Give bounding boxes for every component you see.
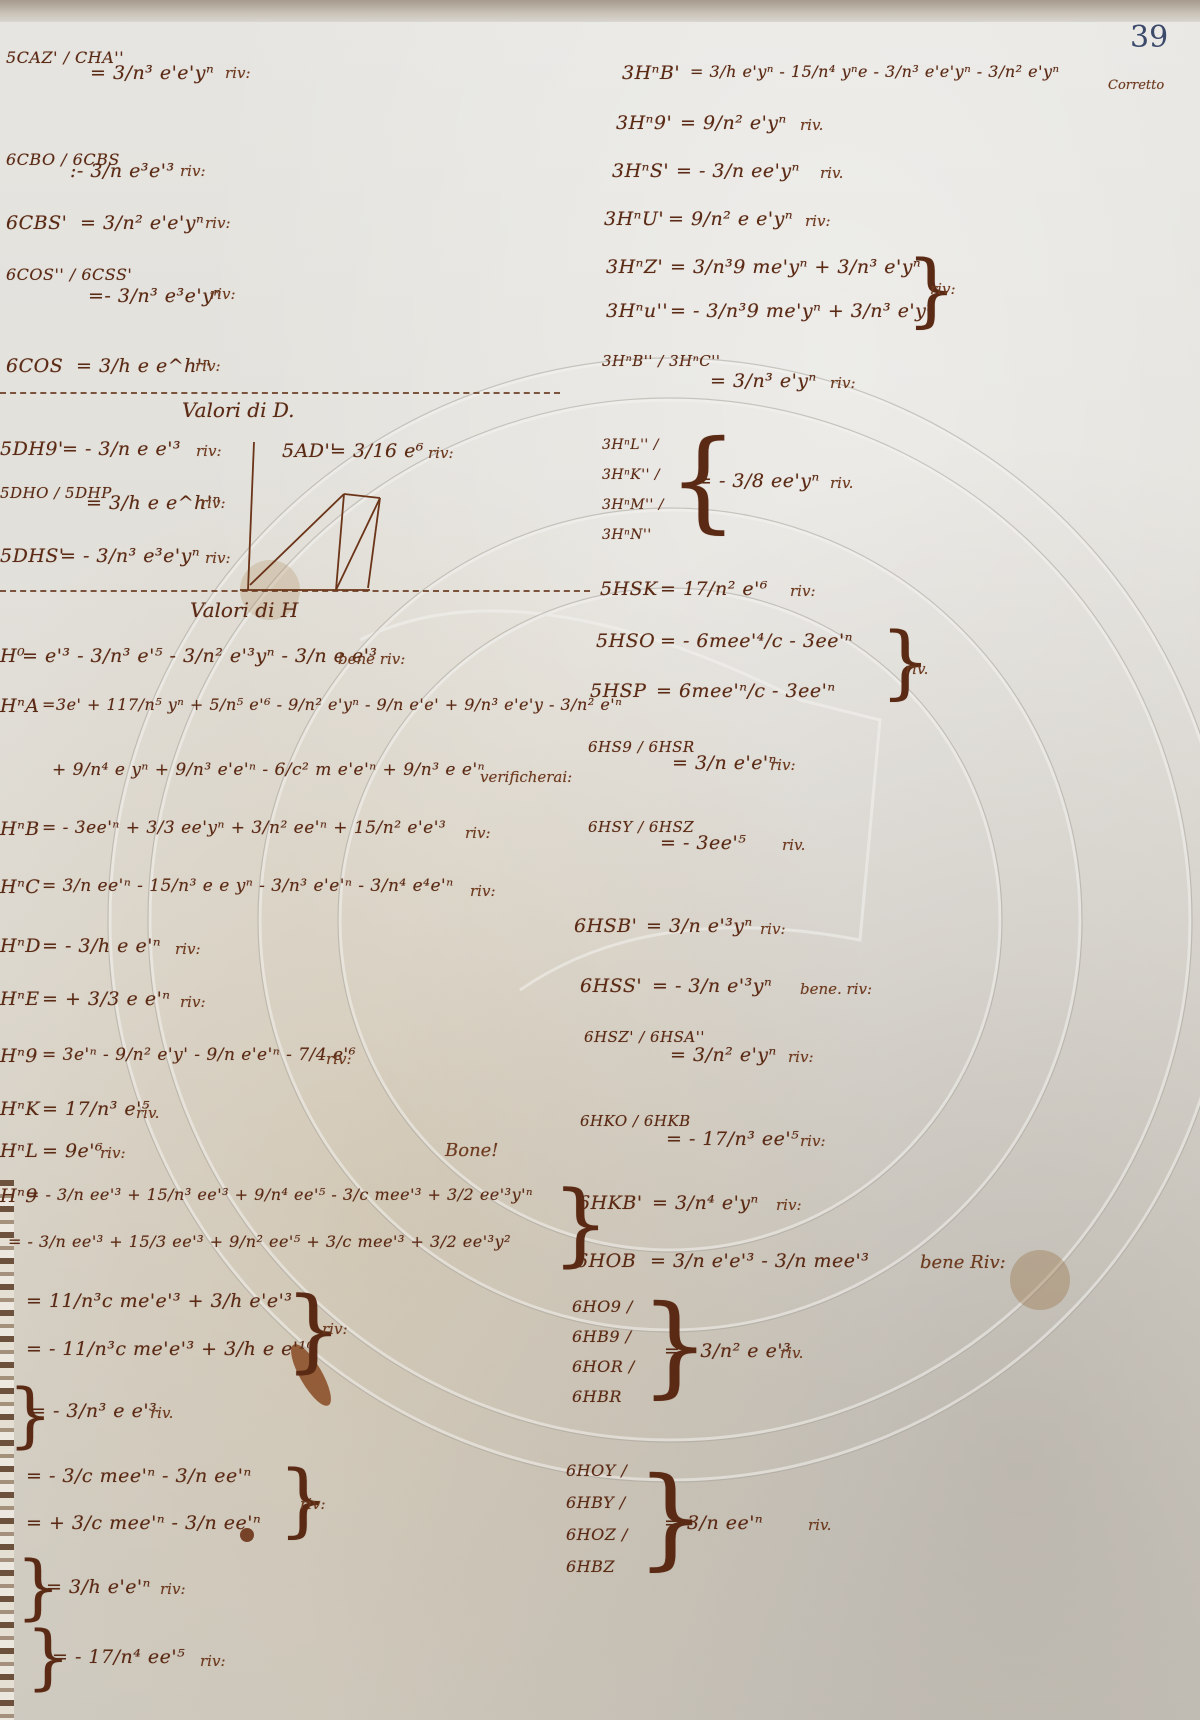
- verification-note: riv:: [830, 374, 856, 392]
- verification-note: Corretto: [1108, 78, 1164, 93]
- equation-lhs: Hⁿ9: [0, 1045, 38, 1067]
- verification-note: riv:: [196, 442, 222, 460]
- water-stain: [1010, 1250, 1070, 1310]
- equation-rhs: = - 3/c mee'ⁿ - 3/n ee'ⁿ: [26, 1465, 252, 1487]
- equation-rhs: = - 11/n³c me'e'³ + 3/h e e'¹⁰: [26, 1338, 315, 1360]
- verification-note: riv:: [195, 357, 221, 375]
- equation-rhs: =- 3/n³ e³e'yⁿ: [88, 285, 222, 307]
- equation-rhs: = - 3/n² e e'³: [664, 1340, 791, 1362]
- verification-note: riv:: [465, 824, 491, 842]
- verification-note: riv:: [770, 756, 796, 774]
- equation-lhs: HⁿE: [0, 988, 40, 1010]
- equation-lhs: 6HOY / 6HBY / 6HOZ / 6HBZ: [566, 1455, 636, 1583]
- verification-note: riv.: [820, 164, 843, 182]
- verification-note: riv.: [808, 1516, 831, 1534]
- equation-rhs: = - 3/n e e'³: [62, 438, 181, 460]
- equation-rhs: = + 3/c mee'ⁿ - 3/n ee'ⁿ: [26, 1512, 261, 1534]
- equation-rhs: = - 3/h e e'ⁿ: [42, 935, 161, 957]
- verification-note: riv:: [175, 940, 201, 958]
- equation-rhs: = 6mee'ⁿ/c - 3ee'ⁿ: [656, 680, 836, 702]
- equation-rhs: = 3/h e'yⁿ - 15/n⁴ yⁿe - 3/n³ e'e'yⁿ - 3…: [690, 62, 1060, 81]
- equation-lhs: HⁿL: [0, 1140, 38, 1162]
- equation-rhs: + 9/n⁴ e yⁿ + 9/n³ e'e'ⁿ - 6/c² m e'e'ⁿ …: [52, 760, 485, 780]
- equation-rhs: = 11/n³c me'e'³ + 3/h e'e'³: [26, 1290, 292, 1312]
- section-heading: Valori di H: [190, 598, 298, 622]
- equation-lhs: 6HSB': [574, 915, 637, 937]
- verification-note: verificherai:: [480, 768, 572, 786]
- verification-note: riv:: [326, 1050, 352, 1068]
- equation-rhs: = e'³ - 3/n³ e'⁵ - 3/n² e'³yⁿ - 3/n e e'…: [22, 645, 378, 667]
- verification-note: riv:: [788, 1048, 814, 1066]
- equation-lhs: 6HSS': [580, 975, 642, 997]
- verification-note: riv.: [780, 1344, 803, 1362]
- equation-rhs: = 3/n³ e'yⁿ: [710, 370, 817, 392]
- equation-lhs: 5DHS': [0, 545, 65, 567]
- equation-lhs: HⁿC: [0, 876, 40, 898]
- equation-rhs: = - 3/n ee'³ + 15/3 ee'³ + 9/n² ee'⁵ + 3…: [8, 1232, 511, 1251]
- equation-rhs: = 3/n³9 me'yⁿ + 3/n³ e'yⁿ: [670, 256, 921, 278]
- verification-note: riv:: [205, 214, 231, 232]
- equation-rhs: = + 3/3 e e'ⁿ: [42, 988, 171, 1010]
- equation-rhs: = - 3/n³ e³e'yⁿ: [60, 545, 200, 567]
- equation-lhs: 3HⁿB': [622, 62, 680, 84]
- verification-note: riv:: [300, 1495, 326, 1513]
- equation-rhs: = 3/n e'e'³ - 3/n mee'³: [650, 1250, 869, 1272]
- verification-note: riv:: [180, 162, 206, 180]
- equation-lhs: 5DH9': [0, 438, 64, 460]
- equation-rhs: = 3/n e'³yⁿ: [646, 915, 753, 937]
- page-number: 39: [1130, 20, 1168, 55]
- verification-note: riv.: [800, 116, 823, 134]
- verification-note: riv:: [805, 212, 831, 230]
- equation-lhs: 5HSK: [600, 578, 658, 600]
- verification-note: riv:: [322, 1320, 348, 1338]
- verification-note: riv:: [800, 1132, 826, 1150]
- verification-note: bene riv:: [338, 650, 405, 668]
- equation-lhs: 5HSO: [596, 630, 655, 652]
- geometric-sketch: [220, 430, 390, 600]
- verification-note: riv:: [760, 920, 786, 938]
- equation-rhs: = - 3/n ee'³ + 15/n³ ee'³ + 9/n⁴ ee'⁵ - …: [26, 1185, 533, 1204]
- verification-note: riv:: [470, 882, 496, 900]
- equation-rhs: = - 3/n³9 me'yⁿ + 3/n³ e'yⁿ: [670, 300, 935, 322]
- equation-rhs: = - 3/n e'³yⁿ: [652, 975, 772, 997]
- equation-lhs: 3Hⁿu'': [606, 300, 668, 322]
- equation-lhs: 3HⁿZ': [606, 256, 663, 278]
- equation-lhs: 3Hⁿ9': [616, 112, 672, 134]
- equation-lhs: 6HOB: [576, 1250, 636, 1272]
- bone-annotation: Bone!: [445, 1140, 499, 1161]
- equation-rhs: = 3/n⁴ e'yⁿ: [652, 1192, 759, 1214]
- verification-note: riv:: [180, 993, 206, 1011]
- verification-note: riv.: [905, 660, 928, 678]
- equation-lhs: HⁿD: [0, 935, 41, 957]
- section-divider: [0, 392, 560, 394]
- verification-note: bene Riv:: [920, 1252, 1006, 1273]
- equation-rhs: = 3e'ⁿ - 9/n² e'y' - 9/n e'e'ⁿ - 7/4 e'⁶: [42, 1045, 356, 1065]
- equation-rhs: = 3/n e'e'ⁿ: [672, 752, 777, 774]
- equation-lhs: 6CBS': [6, 212, 67, 234]
- equation-rhs: = 3/n ee'ⁿ - 15/n³ e e yⁿ - 3/n³ e'e'ⁿ -…: [42, 876, 454, 896]
- verification-note: riv:: [100, 1144, 126, 1162]
- equation-rhs: = 3/n ee'ⁿ: [664, 1512, 763, 1534]
- equation-lhs: 6HO9 / 6HB9 / 6HOR / 6HBR: [572, 1292, 642, 1412]
- equation-rhs: = - 3/8 ee'yⁿ: [696, 470, 820, 492]
- verification-note: riv:: [160, 1580, 186, 1598]
- equation-rhs: =3e' + 117/n⁵ yⁿ + 5/n⁵ e'⁶ - 9/n² e'yⁿ …: [42, 695, 622, 714]
- verification-note: riv.: [830, 474, 853, 492]
- verification-note: bene. riv:: [800, 980, 872, 998]
- equation-rhs: = 17/n³ e'⁵: [42, 1098, 150, 1120]
- equation-rhs: = 9e'⁶: [42, 1140, 103, 1162]
- equation-lhs: HⁿK: [0, 1098, 40, 1120]
- verification-note: riv:: [930, 280, 956, 298]
- equation-rhs: = - 3/n ee'yⁿ: [676, 160, 800, 182]
- equation-rhs: = 3/n² e'e'yⁿ: [80, 212, 204, 234]
- equation-lhs: 6COS: [6, 355, 63, 377]
- page-top-edge: [0, 0, 1200, 22]
- equation-lhs: 3HⁿS': [612, 160, 669, 182]
- equation-lhs: 3HⁿU': [604, 208, 664, 230]
- verification-note: riv:: [210, 285, 236, 303]
- equation-lhs: 6HKB': [578, 1192, 643, 1214]
- section-divider: [0, 590, 590, 592]
- equation-lhs: 6COS'' / 6CSS': [6, 265, 132, 284]
- equation-lhs: HⁿA: [0, 695, 40, 717]
- equation-rhs: = - 6mee'⁴/c - 3ee'ⁿ: [660, 630, 853, 652]
- equation-rhs: = 3/h e e^h'ⁿ: [76, 355, 211, 377]
- section-heading: Valori di D.: [182, 398, 295, 422]
- equation-lhs: 3HⁿL'' / 3HⁿK'' / 3HⁿM'' / 3HⁿN'': [602, 430, 672, 550]
- equation-rhs: = - 17/n⁴ ee'⁵: [52, 1646, 185, 1668]
- equation-rhs: :- 3/n e³e'³: [70, 160, 175, 182]
- equation-rhs: = - 3ee'⁵: [660, 832, 746, 854]
- equation-rhs: = - 3ee'ⁿ + 3/3 ee'yⁿ + 3/n² ee'ⁿ + 15/n…: [42, 818, 446, 838]
- equation-rhs: = - 3/n³ e e'³: [30, 1400, 157, 1422]
- equation-rhs: = - 17/n³ ee'⁵: [666, 1128, 799, 1150]
- verification-note: riv:: [225, 64, 251, 82]
- verification-note: riv.: [782, 836, 805, 854]
- equation-rhs: = 3/n² e'yⁿ: [670, 1044, 777, 1066]
- verification-note: riv:: [776, 1196, 802, 1214]
- equation-rhs: = 9/n² e e'yⁿ: [668, 208, 793, 230]
- verification-note: riv:: [200, 1652, 226, 1670]
- equation-rhs: = 3/h e'e'ⁿ: [46, 1576, 151, 1598]
- verification-note: riv:: [428, 444, 454, 462]
- verification-note: riv.: [136, 1104, 159, 1122]
- verification-note: riv:: [790, 582, 816, 600]
- equation-rhs: = 9/n² e'yⁿ: [680, 112, 787, 134]
- equation-lhs: 3HⁿB'' / 3HⁿC'': [602, 352, 721, 370]
- equation-rhs: = 17/n² e'⁶: [660, 578, 768, 600]
- equation-lhs: HⁿB: [0, 818, 40, 840]
- verification-note: riv.: [150, 1404, 173, 1422]
- equation-lhs: 5HSP: [590, 680, 646, 702]
- equation-rhs: = 3/n³ e'e'yⁿ: [90, 62, 214, 84]
